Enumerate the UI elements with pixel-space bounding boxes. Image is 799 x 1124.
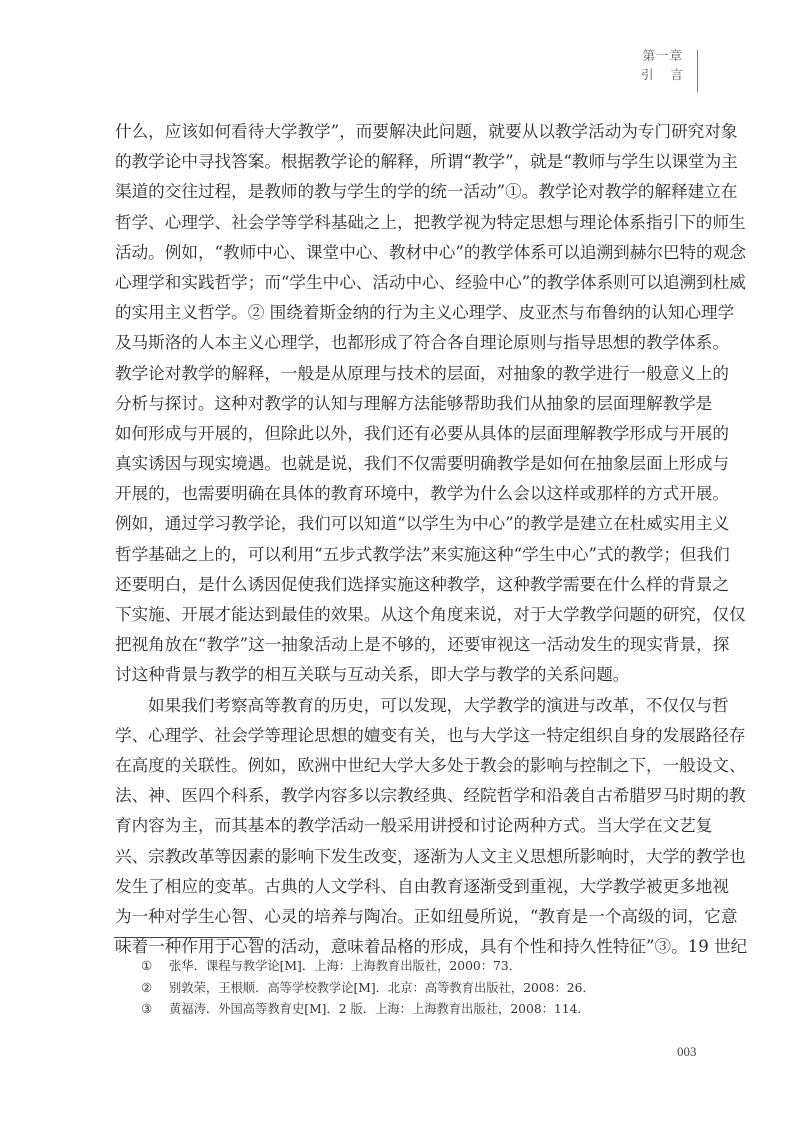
running-head: 第一章 引言 bbox=[641, 46, 683, 84]
text-line: 在高度的关联性。例如，欧洲中世纪大学大多处于教会的影响与控制之下，一般设文、 bbox=[115, 751, 689, 781]
text-line: 下实施、开展才能达到最佳的效果。从这个角度来说，对于大学教学问题的研究，仅仅 bbox=[115, 600, 689, 630]
text-line: 分析与探讨。这种对教学的认知与理解方法能够帮助我们从抽象的层面理解教学是 bbox=[115, 389, 689, 419]
chapter-label: 第一章 bbox=[641, 46, 683, 65]
text-line: 学、心理学、社会学等理论思想的嬗变有关，也与大学这一特定组织自身的发展路径存 bbox=[115, 721, 689, 751]
text-line: 为一种对学生心智、心灵的培养与陶冶。正如纽曼所说，“教育是一个高级的词，它意 bbox=[115, 902, 689, 932]
footnotes: ①张华．课程与教学论[M]．上海：上海教育出版社，2000：73． ②别敦荣，王… bbox=[141, 956, 595, 1021]
text-line: 真实诱因与现实境遇。也就是说，我们不仅需要明确教学是如何在抽象层面上形成与 bbox=[115, 449, 689, 479]
text-line: 什么，应该如何看待大学教学”，而要解决此问题，就要从以教学活动为专门研究对象 bbox=[115, 117, 689, 147]
footnote-item: ②别敦荣，王根顺．高等学校教学论[M]．北京：高等教育出版社，2008：26． bbox=[141, 978, 595, 1000]
text-line: 法、神、医四个科系，教学内容多以宗教经典、经院哲学和沿袭自古希腊罗马时期的教 bbox=[115, 781, 689, 811]
text-line: 还要明白，是什么诱因促使我们选择实施这种教学，这种教学需要在什么样的背景之 bbox=[115, 570, 689, 600]
text-line: 兴、宗教改革等因素的影响下发生改变，逐渐为人文主义思想所影响时，大学的教学也 bbox=[115, 842, 689, 872]
page-number: 003 bbox=[677, 1044, 697, 1060]
footnote-item: ①张华．课程与教学论[M]．上海：上海教育出版社，2000：73． bbox=[141, 956, 595, 978]
text-line: 讨这种背景与教学的相互关联与互动关系，即大学与教学的关系问题。 bbox=[115, 660, 689, 690]
text-line: 例如，通过学习教学论，我们可以知道“以学生为中心”的教学是建立在杜威实用主义 bbox=[115, 509, 689, 539]
text-line: 把视角放在“教学”这一抽象活动上是不够的，还要审视这一活动发生的现实背景，探 bbox=[115, 630, 689, 660]
footnote-text: 别敦荣，王根顺．高等学校教学论[M]．北京：高等教育出版社，2008：26． bbox=[169, 981, 595, 995]
footnote-separator bbox=[114, 937, 260, 938]
text-line: 发生了相应的变革。古典的人文学科、自由教育逐渐受到重视，大学教学被更多地视 bbox=[115, 872, 689, 902]
text-line: 如果我们考察高等教育的历史，可以发现，大学教学的演进与改革，不仅仅与哲 bbox=[115, 691, 689, 721]
text-line: 教学论对教学的解释，一般是从原理与技术的层面，对抽象的教学进行一般意义上的 bbox=[115, 359, 689, 389]
footnote-marker: ③ bbox=[141, 999, 169, 1021]
text-line: 开展的，也需要明确在具体的教育环境中，教学为什么会以这样或那样的方式开展。 bbox=[115, 479, 689, 509]
text-line: 及马斯洛的人本主义心理学，也都形成了符合各自理论原则与指导思想的教学体系。 bbox=[115, 328, 689, 358]
footnote-marker: ② bbox=[141, 978, 169, 1000]
text-line: 哲学、心理学、社会学等学科基础之上，把教学视为特定思想与理论体系指引下的师生 bbox=[115, 208, 689, 238]
footnote-marker: ① bbox=[141, 956, 169, 978]
footnote-text: 张华．课程与教学论[M]．上海：上海教育出版社，2000：73． bbox=[169, 959, 521, 973]
footnote-text: 黄福涛．外国高等教育史[M]．2 版．上海：上海教育出版社，2008：114． bbox=[169, 1002, 590, 1016]
text-line: 的教学论中寻找答案。根据教学论的解释，所谓“教学”，就是“教师与学生以课堂为主 bbox=[115, 147, 689, 177]
chapter-title: 引言 bbox=[641, 65, 700, 84]
text-line: 活动。例如，“教师中心、课堂中心、教材中心”的教学体系可以追溯到赫尔巴特的观念 bbox=[115, 238, 689, 268]
running-head-divider bbox=[697, 50, 698, 92]
body-text: 什么，应该如何看待大学教学”，而要解决此问题，就要从以教学活动为专门研究对象 的… bbox=[115, 117, 689, 962]
text-line: 渠道的交往过程，是教师的教与学生的学的统一活动”①。教学论对教学的解释建立在 bbox=[115, 177, 689, 207]
text-line: 的实用主义哲学。② 围绕着斯金纳的行为主义心理学、皮亚杰与布鲁纳的认知心理学 bbox=[115, 298, 689, 328]
text-line: 如何形成与开展的，但除此以外，我们还有必要从具体的层面理解教学形成与开展的 bbox=[115, 419, 689, 449]
text-line: 哲学基础之上的，可以利用“五步式教学法”来实施这种“学生中心”式的教学；但我们 bbox=[115, 540, 689, 570]
footnote-item: ③黄福涛．外国高等教育史[M]．2 版．上海：上海教育出版社，2008：114． bbox=[141, 999, 595, 1021]
text-line: 心理学和实践哲学；而“学生中心、活动中心、经验中心”的教学体系则可以追溯到杜威 bbox=[115, 268, 689, 298]
text-line: 育内容为主，而其基本的教学活动一般采用讲授和讨论两种方式。当大学在文艺复 bbox=[115, 811, 689, 841]
